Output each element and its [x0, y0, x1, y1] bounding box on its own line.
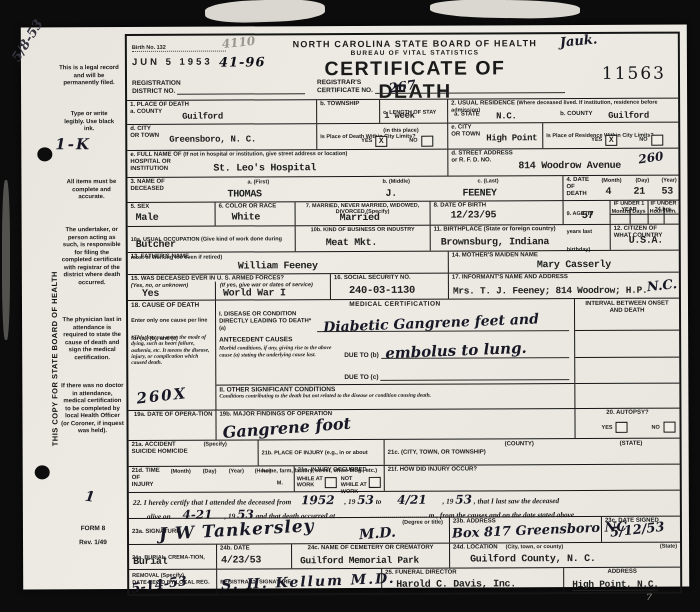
form-revision: Rev. 1/49 [61, 539, 125, 547]
corner-digit-handwriting: 7 [646, 593, 652, 603]
no-checkbox [421, 136, 433, 147]
first-name-value: THOMAS [227, 189, 261, 200]
burial-state-note: (State) [660, 544, 677, 551]
row-injury-kind-place: 21a. ACCIDENT SUICIDE HOMICIDE (Specify)… [129, 438, 680, 466]
due-to-b-handwriting: embolus to lung. [384, 339, 526, 363]
father-value: William Feeney [238, 261, 318, 272]
cert-from-handwriting: 1952 [293, 493, 342, 507]
city-label: d. CITY OR TOWN [130, 126, 160, 140]
date-received-stamp: JUN 5 1953 [132, 57, 213, 68]
cert-p5: , that I last saw the deceased [474, 496, 559, 505]
interval-line-b [575, 357, 679, 358]
res-yes-label: YES [591, 137, 602, 143]
injury-county-label: (COUNTY) [505, 441, 534, 448]
corner-name-handwriting: Jauk. [560, 32, 599, 50]
citizen-value: U.S.A. [629, 236, 663, 247]
street-code-handwriting: 260 [637, 149, 664, 166]
disease-handwriting: Diabetic Gangrene feet and [323, 311, 539, 335]
while-at-work-checkbox [325, 477, 337, 488]
row-occupation: 10a. USUAL OCCUPATION (Give kind of work… [128, 224, 679, 252]
hours-min-divider [664, 208, 665, 224]
injury-hour-label: (Hour) [255, 468, 272, 474]
other-conditions-note: Conditions contributing to the death but… [219, 393, 570, 401]
county-value: Guilford [182, 112, 223, 122]
cert-p4: , 19 [442, 497, 453, 506]
date-scrawl-handwriting: 5/8-53 [9, 17, 46, 64]
death-certificate-form: Birth No. 132 4110 JUN 5 1953 41-96 REGI… [125, 32, 682, 596]
due-to-b-line: DUE TO (b) embolus to lung. [344, 341, 571, 359]
birth-no-label: Birth No. 132 [132, 45, 226, 53]
date-received-handwriting: 5-14-53 [130, 574, 188, 597]
yes-label: YES [361, 138, 372, 144]
due-to-c-blank [380, 369, 569, 381]
cemetery-value: Guilford Memorial Park [300, 555, 419, 567]
row-city-limits: d. CITY OR TOWN Greensboro, N. C. Is Pla… [127, 122, 678, 150]
while-at-work-label: WHILE AT WORK [297, 476, 323, 489]
margin-note-physician: The physician last in attendance is requ… [60, 317, 124, 362]
armed-note: (Yes, no, or unknown) [131, 283, 188, 290]
informant-value: Mrs. T. J. Feeney; 814 Woodrow; H.P. [453, 285, 647, 297]
dob-label: 8. DATE OF BIRTH [434, 202, 560, 209]
yes-check-mark: X [379, 137, 384, 146]
degree-label: (Degree or title) [402, 520, 443, 526]
row-hospital-street: e. FULL NAME OF (If not in hospital or i… [127, 148, 678, 177]
injury-specify-label: (Specify) [204, 442, 227, 465]
mother-value: Mary Casserly [537, 260, 611, 271]
no-label: NO [409, 138, 417, 144]
sex-label: 5. SEX [131, 204, 212, 211]
injury-state-label: (STATE) [620, 441, 643, 448]
row-armed-ssn-informant: 15. WAS DECEASED EVER IN U. S. ARMED FOR… [128, 272, 679, 300]
row-sex-race-age: 5. SEX Male 6. COLOR OR RACE White 7. MA… [128, 200, 679, 226]
scan-artifact [2, 180, 10, 340]
funeral-director-value: Harold C. Davis, Inc. [396, 579, 516, 591]
burial-date-label: 24b. DATE [220, 545, 288, 552]
row-operation-autopsy: 19a. DATE OF OPERA-TION 19b. MAJOR FINDI… [128, 408, 679, 440]
disease-label2: DIRECTLY LEADING TO DEATH* (a) [219, 318, 315, 332]
street-value: 814 Woodrow Avenue [518, 161, 621, 172]
form-header: Birth No. 132 4110 JUN 5 1953 41-96 REGI… [127, 34, 678, 100]
row-injury-time-how: 21d. TIME OF INJURY (Month) (Day) (Year)… [129, 464, 680, 492]
armed-value: Yes [142, 289, 159, 300]
burial-location-note: (City, town, or county) [506, 544, 564, 551]
burial-location-text: 24d. LOCATION [453, 544, 498, 551]
usual-residence-text: 2. USUAL RESIDENCE [451, 100, 515, 106]
yes-checkbox: X [375, 136, 387, 147]
length-of-stay-value: 1 week [384, 111, 415, 121]
age-value: 57 [582, 210, 594, 222]
cert-p3: to [376, 497, 382, 506]
disease-a: (a) [219, 326, 226, 332]
dod-label: 4. DATE OF DEATH [566, 177, 596, 198]
serial-number: 11563 [602, 64, 666, 84]
row-name-dod: 3. NAME OF DECEASED a. (First) b. (Middl… [127, 175, 678, 202]
cert-no-blank: 267 [375, 86, 565, 94]
district-no-blank [177, 94, 305, 96]
birthplace-label: 11. BIRTHPLACE (State or foreign country… [434, 226, 607, 234]
injury-day-label: (Day) [203, 469, 217, 475]
name-of-deceased-label: 3. NAME OF DECEASED [130, 179, 178, 193]
antecedent-label: ANTECEDENT CAUSES [219, 336, 341, 344]
ssn-label: 16. SOCIAL SECURITY NO. [334, 275, 445, 282]
months-days-divider [629, 208, 630, 224]
last-name-value: FEENEY [462, 188, 496, 199]
margin-note-legal: This is a legal record and will be perma… [57, 65, 121, 88]
disease-blank: Diabetic Gangrene feet and [317, 308, 569, 332]
form-number: FORM 8 [61, 525, 125, 533]
row-physician-signature: 23a. SIGNATURE (Degree or title) J W Tan… [129, 516, 680, 544]
punch-hole [35, 465, 50, 479]
cause-footnote: *This does not mean the mode of dying, s… [131, 335, 213, 367]
org-name: NORTH CAROLINA STATE BOARD OF HEALTH [287, 38, 543, 49]
res-state-value: N.C. [496, 111, 516, 121]
township-label: b. TOWNSHIP [320, 101, 376, 108]
funeral-address-value: High Point, N.C. [572, 579, 658, 591]
registrars-label: REGISTRAR'S [317, 79, 361, 87]
medical-certification-section: 18. CAUSE OF DEATH Enter only one cause … [128, 298, 679, 410]
mother-label: 14. MOTHER'S MAIDEN NAME [452, 252, 676, 260]
operation-date-label: 19a. DATE OF OPERA-TION [131, 412, 212, 419]
autopsy-label: 20. AUTOPSY? [578, 410, 676, 417]
funeral-address-label: ADDRESS [567, 569, 677, 576]
cert-p2: , 19 [344, 497, 355, 506]
first-name-label: a. (First) [247, 179, 269, 185]
operation-findings-label: 19b. MAJOR FINDINGS OF OPERATION [219, 410, 571, 418]
pen-stroke: 1 [84, 489, 96, 506]
row-parents: 13. FATHER'S NAME William Feeney 14. MOT… [128, 250, 679, 274]
row-registrar-funeral: DATE REC'D BY LOCAL REG. 5-14-53 REGISTR… [129, 567, 680, 594]
sex-value: Male [136, 213, 159, 224]
injury-year-label: (Year) [229, 468, 244, 474]
days-label: Days [632, 209, 645, 215]
last-name-label: c. (Last) [477, 178, 498, 184]
marital-value: Married [340, 213, 380, 224]
not-while-at-work-checkbox [369, 477, 381, 488]
armed-divider [215, 282, 216, 300]
district-code-handwriting: 1-K [55, 135, 91, 153]
hospital-label2: HOSPITAL OR INSTITUTION [130, 159, 190, 173]
registration-label: REGISTRATION [132, 80, 181, 88]
autopsy-yes-checkbox [616, 422, 628, 433]
other-conditions-block: II. OTHER SIGNIFICANT CONDITIONS Conditi… [219, 385, 570, 400]
cert-no-label: CERTIFICATE NO. 267 [317, 86, 567, 95]
cause-of-death-label: 18. CAUSE OF DEATH [131, 302, 212, 310]
birthplace-value: Brownsburg, Indiana [441, 237, 549, 248]
registrar-signature-handwriting: S. H. Kellum M.D. [221, 571, 396, 594]
margin-note-type: Type or write legibly. Use black ink. [61, 111, 117, 134]
row-place-residence: 1. PLACE OF DEATH a. COUNTY Guilford b. … [127, 98, 678, 124]
autopsy-yes-label: YES [602, 425, 613, 431]
res-no-checkbox [651, 135, 663, 146]
cert-p1: 22. I hereby certify that I attended the… [133, 497, 292, 507]
informant-label: 17. INFORMANT'S NAME AND ADDRESS [452, 274, 676, 282]
row-burial: 24a. BURIAL, CREMA-TION, REMOVAL (Specif… [129, 542, 680, 569]
dod-year-value: 53 [661, 187, 672, 198]
res-county-label: b. COUNTY [560, 111, 592, 118]
due-to-c-label: DUE TO (c) [344, 373, 378, 381]
margin-note-complete: All items must be complete and accurate. [59, 179, 123, 202]
hospital-note: (If not in hospital or institution, give… [183, 151, 347, 158]
cause-code-handwriting: 260X [136, 384, 189, 407]
cert-fromyr-handwriting: 53 [357, 493, 374, 507]
margin-note-no-doctor: If there was no doctor in attendance, me… [60, 383, 124, 436]
physician-signature-handwriting: J W Tankersley [159, 516, 316, 545]
burial-date-value: 4/23/53 [221, 555, 261, 566]
scan-artifact [205, 0, 326, 24]
cemetery-label: 24c. NAME OF CEMETERY OR CREMATORY [295, 545, 446, 553]
due-to-c-line: DUE TO (c) [344, 369, 571, 381]
birth-no-pencil-handwriting: 4110 [221, 34, 256, 52]
res-state-label: a. STATE [454, 111, 479, 118]
res-yes-check-mark: X [609, 136, 614, 145]
funeral-director-label: 25. FUNERAL DIRECTOR [385, 569, 560, 577]
injury-kind-label: 21a. ACCIDENT SUICIDE HOMICIDE [132, 442, 190, 465]
middle-name-label: b. (Middle) [382, 179, 410, 185]
district-no-text: DISTRICT NO. [132, 88, 175, 96]
cert-line-1: 22. I hereby certify that I attended the… [133, 493, 676, 509]
cert-no-text: CERTIFICATE NO. [317, 87, 373, 95]
informant-state-handwriting: N.C. [646, 277, 678, 295]
middle-name-value: J. [385, 189, 396, 200]
res-city-label: e. CITY OR TOWN [451, 124, 481, 138]
burial-value: Burial [133, 557, 167, 568]
interval-label: INTERVAL BETWEEN ONSET AND DEATH [575, 299, 679, 315]
how-injury-label: 21f. HOW DID INJURY OCCUR? [388, 466, 677, 474]
res-city-value: High Point [486, 133, 537, 143]
antecedent-note: Morbid conditions, if any, giving rise t… [219, 346, 341, 359]
min-label: Min. [666, 209, 677, 215]
city-value: Greensboro, N. C. [169, 134, 256, 144]
disease-label2-text: DIRECTLY LEADING TO DEATH* [219, 318, 311, 324]
interval-line-c [575, 383, 679, 384]
injury-city-label: 21c. (CITY, TOWN, OR TOWNSHIP) [388, 449, 486, 455]
interval-line-a [575, 330, 679, 331]
dod-day-label: (Day) [635, 178, 649, 184]
dod-month-label: (Month) [601, 178, 621, 184]
due-to-b-label: DUE TO (b) [344, 351, 379, 359]
father-label: 13. FATHER'S NAME [131, 253, 445, 261]
dod-year-label: (Year) [661, 178, 676, 184]
autopsy-no-label: NO [652, 425, 660, 431]
burial-location-value: Guilford County, N. C. [470, 554, 595, 566]
res-no-label: NO [639, 137, 647, 143]
injury-month-label: (Month) [171, 469, 191, 475]
dod-day-value: 21 [633, 187, 644, 198]
degree-handwriting: M.D. [358, 525, 396, 544]
cert-no-handwriting: 267 [388, 78, 417, 97]
occupation-value: Butcher [136, 240, 176, 251]
dod-month-value: 4 [605, 187, 611, 198]
race-label: 6. COLOR OR RACE [219, 203, 292, 210]
burial-location-label: 24d. LOCATION (City, town, or county) (S… [453, 544, 677, 552]
due-to-b-blank: embolus to lung. [381, 341, 570, 359]
scan-artifact [430, 0, 580, 19]
ssn-value: 240-03-1130 [349, 285, 415, 297]
race-value: White [232, 212, 261, 223]
bureau-name: BUREAU OF VITAL STATISTICS [287, 49, 543, 57]
hospital-value: St. Leo's Hospital [213, 163, 316, 174]
injury-occurred-label: 21e. INJURY OCCURRED [298, 467, 381, 474]
antecedent-block: ANTECEDENT CAUSES Morbid conditions, if … [219, 336, 341, 359]
dob-value: 12/23/95 [451, 210, 497, 221]
cert-toyr-handwriting: 53 [455, 492, 472, 506]
res-county-value: Guilford [608, 111, 649, 121]
row-attendance-certification: 22. I hereby certify that I attended the… [129, 490, 680, 518]
margin-note-undertaker: The undertaker, or person acting as such… [60, 227, 124, 287]
business-label: 10b. KIND OF BUSINESS OR INDUSTRY [299, 227, 427, 234]
punch-hole [37, 147, 52, 161]
certificate-page: 5/8-53 1-K 1 This is a legal record and … [21, 25, 689, 590]
hospital-label: e. FULL NAME OF (If not in hospital or i… [130, 151, 444, 159]
cert-to-handwriting: 4/21 [383, 493, 440, 507]
injury-time-label: 21d. TIME OF INJURY [132, 468, 160, 489]
injury-m-label: M. [277, 480, 283, 486]
disease-line: I. DISEASE OR CONDITION DIRECTLY LEADING… [219, 308, 571, 333]
business-value: Meat Mkt. [326, 238, 377, 249]
war-value: World War I [223, 288, 286, 299]
hospital-label-text: e. FULL NAME OF [130, 152, 181, 158]
district-no-label: DISTRICT NO. [132, 87, 307, 95]
res-yes-checkbox: X [605, 135, 617, 146]
stamp-overwrite-handwriting: 41-96 [219, 55, 266, 70]
autopsy-no-checkbox [664, 422, 676, 433]
